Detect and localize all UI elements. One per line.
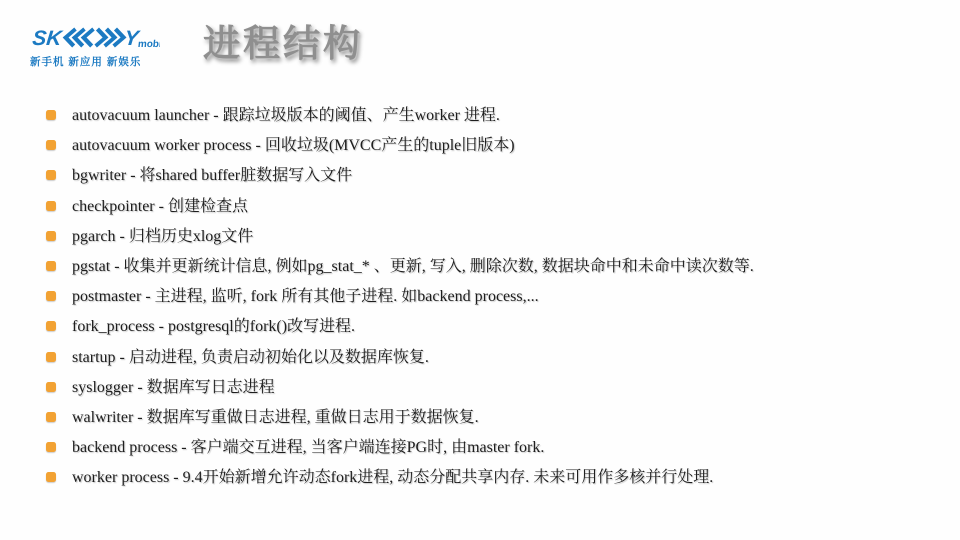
logo-mobi-text: mobi [137, 39, 160, 50]
list-item: walwriter - 数据库写重做日志进程, 重做日志用于数据恢复. [46, 403, 944, 433]
list-item-text: postmaster - 主进程, 监听, fork 所有其他子进程. 如bac… [72, 282, 539, 312]
list-item: autovacuum worker process - 回收垃圾(MVCC产生的… [46, 131, 944, 161]
list-item: pgarch - 归档历史xlog文件 [46, 222, 944, 252]
bullet-square-icon [46, 201, 56, 211]
list-item: worker process - 9.4开始新增允许动态fork进程, 动态分配… [46, 463, 944, 493]
bullet-square-icon [46, 442, 56, 452]
list-item: fork_process - postgresql的fork()改写进程. [46, 312, 944, 342]
list-item: autovacuum launcher - 跟踪垃圾版本的阈值、产生worker… [46, 101, 944, 131]
list-item: startup - 启动进程, 负责启动初始化以及数据库恢复. [46, 343, 944, 373]
slide-header: SK Y mobi 新手机 新应用 新娱乐 进程结构 [30, 24, 930, 69]
list-item-text: worker process - 9.4开始新增允许动态fork进程, 动态分配… [72, 463, 713, 493]
bullet-square-icon [46, 412, 56, 422]
list-item-text: checkpointer - 创建检查点 [72, 192, 248, 222]
list-item: syslogger - 数据库写日志进程 [46, 373, 944, 403]
process-list: autovacuum launcher - 跟踪垃圾版本的阈值、产生worker… [46, 101, 944, 493]
list-item-text: backend process - 客户端交互进程, 当客户端连接PG时, 由m… [72, 433, 544, 463]
skymobi-logo: SK Y mobi 新手机 新应用 新娱乐 [30, 24, 165, 69]
list-item: postmaster - 主进程, 监听, fork 所有其他子进程. 如bac… [46, 282, 944, 312]
bullet-square-icon [46, 472, 56, 482]
bullet-square-icon [46, 231, 56, 241]
list-item-text: autovacuum worker process - 回收垃圾(MVCC产生的… [72, 131, 515, 161]
list-item: backend process - 客户端交互进程, 当客户端连接PG时, 由m… [46, 433, 944, 463]
page-title: 进程结构 [203, 24, 363, 65]
skymobi-logo-row: SK Y mobi [30, 24, 160, 52]
list-item-text: walwriter - 数据库写重做日志进程, 重做日志用于数据恢复. [72, 403, 479, 433]
bullet-square-icon [46, 110, 56, 120]
list-item: checkpointer - 创建检查点 [46, 192, 944, 222]
list-item: bgwriter - 将shared buffer脏数据写入文件 [46, 161, 944, 191]
list-item-text: autovacuum launcher - 跟踪垃圾版本的阈值、产生worker… [72, 101, 500, 131]
list-item-text: pgarch - 归档历史xlog文件 [72, 222, 253, 252]
bullet-square-icon [46, 382, 56, 392]
svg-text:SK: SK [31, 27, 64, 50]
bullet-square-icon [46, 291, 56, 301]
list-item-text: pgstat - 收集并更新统计信息, 例如pg_stat_* 、更新, 写入,… [72, 252, 754, 282]
list-item-text: bgwriter - 将shared buffer脏数据写入文件 [72, 161, 352, 191]
bullet-square-icon [46, 321, 56, 331]
bullet-square-icon [46, 170, 56, 180]
bullet-square-icon [46, 140, 56, 150]
bullet-square-icon [46, 261, 56, 271]
skymobi-logo-icon: SK Y mobi [30, 24, 160, 52]
list-item-text: syslogger - 数据库写日志进程 [72, 373, 275, 403]
list-item: pgstat - 收集并更新统计信息, 例如pg_stat_* 、更新, 写入,… [46, 252, 944, 282]
bullet-square-icon [46, 352, 56, 362]
logo-tagline: 新手机 新应用 新娱乐 [30, 54, 141, 69]
slide: SK Y mobi 新手机 新应用 新娱乐 进程结构 [0, 0, 960, 540]
list-item-text: startup - 启动进程, 负责启动初始化以及数据库恢复. [72, 343, 429, 373]
list-item-text: fork_process - postgresql的fork()改写进程. [72, 312, 355, 342]
